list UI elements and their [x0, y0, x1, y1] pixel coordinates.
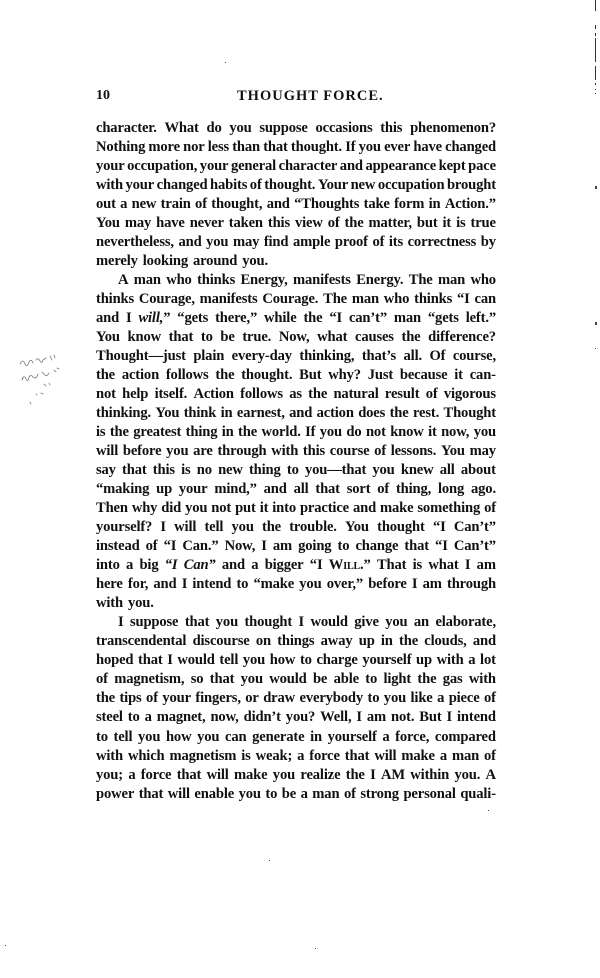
word: so — [191, 670, 204, 689]
word: a — [145, 708, 152, 727]
word: Thought—just — [96, 347, 186, 366]
word: through — [447, 575, 496, 594]
word: ago. — [471, 480, 496, 499]
word: you. — [128, 594, 154, 613]
word: the — [346, 766, 365, 785]
running-head: 10 THOUGHT FORCE. — [96, 88, 496, 108]
word: natural — [333, 385, 378, 404]
word: discourse — [193, 632, 250, 651]
word: every-day — [232, 347, 292, 366]
word: I — [182, 575, 188, 594]
word: yourself — [362, 651, 411, 670]
text-line: Thenwhydidyounotputitintopracticeandmake… — [96, 499, 496, 518]
word: enable — [194, 785, 234, 804]
word: why — [132, 499, 158, 518]
word: your — [126, 176, 155, 195]
word: to — [236, 575, 248, 594]
word: The — [323, 290, 347, 309]
word: by — [481, 233, 496, 252]
word: quali- — [460, 785, 496, 804]
word: of — [372, 233, 384, 252]
word: Action — [193, 385, 233, 404]
word: take — [364, 195, 390, 214]
word: power — [96, 785, 134, 804]
word: intend — [192, 575, 231, 594]
word: be — [313, 670, 327, 689]
word: of — [146, 689, 158, 708]
word: Of — [429, 347, 445, 366]
word: you—that — [305, 461, 366, 480]
word: the — [96, 689, 115, 708]
word: follows — [166, 366, 209, 385]
word: “gets — [177, 309, 208, 328]
word: that — [177, 766, 202, 785]
running-title: THOUGHT FORCE. — [237, 88, 384, 105]
word: Just — [368, 366, 393, 385]
word: thinks — [414, 290, 452, 309]
text-line: withwhichmagnetismisweak;aforcethatwillm… — [96, 747, 496, 766]
word: say — [96, 461, 116, 480]
word: am — [367, 708, 386, 727]
word: you — [385, 613, 407, 632]
word: and — [178, 233, 201, 252]
word: who — [384, 290, 410, 309]
word: put — [235, 499, 256, 518]
word: this — [268, 214, 290, 233]
word: instead — [96, 537, 140, 556]
word: a — [382, 728, 389, 747]
word: is — [413, 556, 422, 575]
word: do — [346, 423, 361, 442]
word: charge — [316, 651, 357, 670]
word: why? — [328, 366, 361, 385]
word: tips — [119, 689, 141, 708]
word: make — [380, 499, 413, 518]
word: you — [359, 138, 381, 157]
word: of — [250, 176, 262, 195]
word: thinks — [197, 271, 235, 290]
word: transcendental — [96, 632, 186, 651]
word: not — [211, 499, 231, 518]
word: of — [195, 195, 207, 214]
word: which — [128, 747, 165, 766]
word: am — [423, 575, 442, 594]
word: “I — [435, 537, 448, 556]
word: looking — [143, 252, 188, 271]
word: itself. — [155, 385, 188, 404]
word: “I — [433, 518, 446, 537]
word: may — [470, 442, 496, 461]
word: and — [267, 195, 290, 214]
text-line: thinking.Youthinkinearnest,andactiondoes… — [96, 404, 496, 423]
word: merely — [96, 252, 138, 271]
word: “I — [457, 290, 470, 309]
word: make — [401, 747, 434, 766]
word: fingers, — [195, 689, 240, 708]
scan-speck — [595, 322, 597, 325]
word: thing, — [396, 480, 431, 499]
word: around — [193, 252, 237, 271]
word: man — [312, 785, 339, 804]
word: greatest — [133, 423, 181, 442]
word: Nothing — [96, 138, 145, 157]
word: I — [447, 708, 453, 727]
word: can’t” — [349, 309, 387, 328]
word: be — [220, 328, 234, 347]
word: I — [299, 613, 305, 632]
word: The — [409, 271, 433, 290]
word: “making — [96, 480, 149, 499]
word: here — [96, 575, 123, 594]
word: can — [475, 290, 496, 309]
word: not. — [391, 708, 414, 727]
word: over,” — [327, 575, 363, 594]
word: didn’t — [244, 708, 281, 727]
word: am — [273, 537, 292, 556]
word: manifests — [200, 290, 258, 309]
text-line: powerthatwillenableyoutobeamanofstrongpe… — [96, 785, 496, 804]
word: You — [96, 328, 120, 347]
word: change — [355, 537, 398, 556]
word: may — [125, 214, 151, 233]
word: that — [185, 613, 210, 632]
word: you — [206, 233, 228, 252]
word: You — [441, 442, 465, 461]
word: a — [440, 747, 447, 766]
word: hoped — [96, 651, 133, 670]
word: is — [96, 423, 105, 442]
word: to — [300, 651, 312, 670]
word: you — [216, 613, 238, 632]
word: the — [345, 214, 364, 233]
word: the — [390, 404, 409, 423]
word: world. — [261, 423, 300, 442]
word: generate — [252, 728, 304, 747]
word: the — [401, 328, 420, 347]
text-line: saythatthisisnonewthingtoyou—thatyouknew… — [96, 461, 496, 480]
word: Now, — [225, 537, 256, 556]
text-line: theactionfollowsthethought.Butwhy?Justbe… — [96, 366, 496, 385]
word: to — [338, 537, 350, 556]
word: occasions — [315, 119, 372, 138]
word: to — [96, 728, 108, 747]
word: am — [477, 556, 496, 575]
word: lessons. — [391, 442, 436, 461]
word: it — [454, 366, 463, 385]
word: manifests — [293, 271, 351, 290]
word: with — [271, 442, 298, 461]
word: with — [96, 747, 123, 766]
word: you — [138, 728, 160, 747]
word: are — [193, 442, 213, 461]
word: thinks — [96, 290, 134, 309]
word: magnetism, — [114, 670, 184, 689]
word: your — [96, 157, 125, 176]
word: with — [469, 670, 496, 689]
word: you — [185, 499, 207, 518]
word: you — [299, 575, 321, 594]
word: of — [377, 480, 389, 499]
word: I — [356, 708, 362, 727]
word: mind,” — [214, 480, 257, 499]
text-line: merelylookingaroundyou. — [96, 252, 496, 271]
word: the — [215, 366, 234, 385]
word: to — [365, 670, 377, 689]
word: all. — [404, 347, 422, 366]
word: of — [484, 689, 496, 708]
word: to — [287, 461, 299, 480]
text-line: intoabig“ICan”andabigger“IWill.”Thatiswh… — [96, 556, 496, 575]
word: the — [399, 632, 418, 651]
word: how — [166, 728, 192, 747]
text-line: isthegreatestthingintheworld.Ifyoudonotk… — [96, 423, 496, 442]
word: I — [167, 651, 173, 670]
text-line: Youmayhavenevertakenthisviewofthematter,… — [96, 214, 496, 233]
word: train — [161, 195, 191, 214]
word: AM — [381, 766, 405, 785]
word: thing — [249, 461, 281, 480]
scan-speck — [5, 945, 6, 946]
word: earnest, — [237, 404, 285, 423]
word: difference? — [428, 328, 496, 347]
word: it — [428, 423, 437, 442]
word: that’s — [362, 347, 396, 366]
word: who — [166, 271, 192, 290]
word: that — [263, 138, 288, 157]
word: bigger — [265, 556, 304, 575]
word: your — [162, 689, 191, 708]
word: lot — [480, 651, 496, 670]
word: a — [297, 747, 304, 766]
word: there,” — [215, 309, 257, 328]
word: you. — [454, 766, 480, 785]
word: proof — [335, 233, 368, 252]
word: that — [404, 537, 429, 556]
text-line: youroccupation,yourgeneralcharacterandap… — [96, 157, 496, 176]
word: a — [120, 195, 127, 214]
word: your — [200, 157, 229, 176]
word: up — [359, 632, 375, 651]
word: would — [310, 613, 347, 632]
word: never — [190, 214, 224, 233]
text-line: herefor,andIintendto“makeyouover,”before… — [96, 575, 496, 594]
word: of — [484, 747, 496, 766]
word: vigorous — [444, 385, 496, 404]
word: the — [238, 423, 257, 442]
word: man — [438, 271, 465, 290]
word: thing — [186, 423, 218, 442]
word: of — [328, 214, 340, 233]
word: “I — [329, 309, 342, 328]
word: a — [128, 766, 135, 785]
word: But — [419, 708, 441, 727]
word: you — [474, 423, 496, 442]
word: in — [310, 728, 322, 747]
word: intend — [457, 708, 496, 727]
word: tell — [204, 518, 223, 537]
word: it — [443, 214, 452, 233]
word: you; — [96, 766, 123, 785]
word: a — [301, 785, 308, 804]
word: magnetism — [169, 747, 236, 766]
word: course — [330, 442, 370, 461]
word: plain — [193, 347, 224, 366]
word: the — [96, 366, 115, 385]
scan-speck — [22, 378, 23, 379]
word: into — [272, 499, 296, 518]
word: I — [412, 575, 418, 594]
word: that — [138, 651, 163, 670]
word: Can” — [184, 556, 216, 575]
word: Courage. — [262, 290, 318, 309]
word: draw — [263, 689, 295, 708]
word: not — [96, 385, 116, 404]
word: something — [417, 499, 480, 518]
word: a — [126, 556, 133, 575]
word: for, — [128, 575, 148, 594]
word: I — [465, 556, 471, 575]
word: occupation — [378, 176, 445, 195]
word: would — [269, 670, 306, 689]
word: of — [484, 499, 496, 518]
word: and — [340, 157, 363, 176]
word: Action.” — [445, 195, 496, 214]
word: you — [232, 518, 254, 537]
text-line: AmanwhothinksEnergy,manifestsEnergy.Them… — [96, 271, 496, 290]
word: nevertheless, — [96, 233, 174, 252]
word: because — [400, 366, 448, 385]
word: yourself — [328, 728, 377, 747]
scan-speck — [269, 860, 270, 861]
word: of — [374, 442, 386, 461]
word: man — [352, 290, 379, 309]
word: and — [264, 480, 287, 499]
word: Can.” — [182, 537, 218, 556]
word: occupation, — [127, 157, 197, 176]
word: a — [437, 689, 444, 708]
word: What — [164, 119, 198, 138]
word: an — [414, 613, 429, 632]
word: you? — [286, 708, 315, 727]
word: new — [132, 195, 157, 214]
word: changed — [157, 176, 208, 195]
word: I — [126, 309, 132, 328]
word: I — [118, 613, 124, 632]
word: you — [166, 442, 188, 461]
word: know — [390, 423, 423, 442]
body-text: character.Whatdoyousupposeoccasionsthisp… — [96, 119, 496, 804]
word: to — [201, 328, 213, 347]
word: but — [417, 214, 438, 233]
word: now, — [210, 708, 238, 727]
word: practice — [300, 499, 349, 518]
word: will — [96, 442, 118, 461]
scan-speck — [595, 348, 596, 349]
word: that — [315, 480, 340, 499]
word: have — [156, 214, 185, 233]
word: rest. — [413, 404, 439, 423]
word: character. — [96, 119, 157, 138]
word: up — [416, 651, 432, 670]
word: to — [265, 785, 277, 804]
word: is — [181, 461, 190, 480]
text-line: nothelpitself.Actionfollowsasthenaturalr… — [96, 385, 496, 404]
text-line: nevertheless,andyoumayfindampleproofofit… — [96, 233, 496, 252]
word: can — [225, 728, 246, 747]
word: tell — [114, 728, 133, 747]
word: help — [122, 385, 148, 404]
word: your — [179, 480, 208, 499]
word: general — [231, 157, 276, 176]
word: with — [437, 651, 464, 670]
text-line: yourself?Iwilltellyouthetrouble.Youthoug… — [96, 518, 496, 537]
word: to — [367, 689, 379, 708]
word: to — [128, 708, 140, 727]
word: what — [428, 556, 458, 575]
word: big — [139, 556, 158, 575]
word: But — [299, 366, 321, 385]
word: Thought — [444, 404, 497, 423]
word: this — [380, 119, 402, 138]
page-number: 10 — [96, 88, 110, 104]
word: appearance — [365, 157, 436, 176]
scan-speck — [315, 948, 316, 949]
word: its — [389, 233, 403, 252]
word: about — [461, 461, 496, 480]
word: view — [295, 214, 323, 233]
word: force — [309, 747, 340, 766]
word: more — [148, 138, 180, 157]
word: result — [385, 385, 420, 404]
text-line: character.Whatdoyousupposeoccasionsthisp… — [96, 119, 496, 138]
word: the — [303, 309, 322, 328]
word: will — [207, 766, 229, 785]
word: thought — [377, 518, 425, 537]
word: as — [289, 385, 302, 404]
word: action — [122, 366, 159, 385]
word: force — [141, 766, 172, 785]
word: gas — [443, 670, 463, 689]
word: thought — [244, 613, 292, 632]
word: That — [377, 556, 406, 575]
word: sort — [347, 480, 371, 499]
word: is — [241, 747, 250, 766]
word: I — [370, 766, 376, 785]
word: that — [122, 461, 147, 480]
word: you — [243, 651, 265, 670]
word: will — [174, 518, 196, 537]
word: man — [134, 271, 161, 290]
word: in — [429, 195, 441, 214]
word: that — [139, 785, 164, 804]
word: you — [197, 728, 219, 747]
word: you — [384, 689, 406, 708]
word: causes — [355, 328, 394, 347]
word: true — [471, 214, 496, 233]
word: able — [334, 670, 359, 689]
word: make — [234, 766, 267, 785]
word: personal — [403, 785, 455, 804]
word: who — [470, 271, 496, 290]
word: If — [345, 138, 355, 157]
word: knew — [401, 461, 434, 480]
word: thought. — [264, 176, 315, 195]
word: you — [229, 119, 251, 138]
word: and — [353, 499, 376, 518]
word: Energy. — [356, 271, 403, 290]
word: a — [251, 556, 258, 575]
word: everybody — [300, 689, 364, 708]
